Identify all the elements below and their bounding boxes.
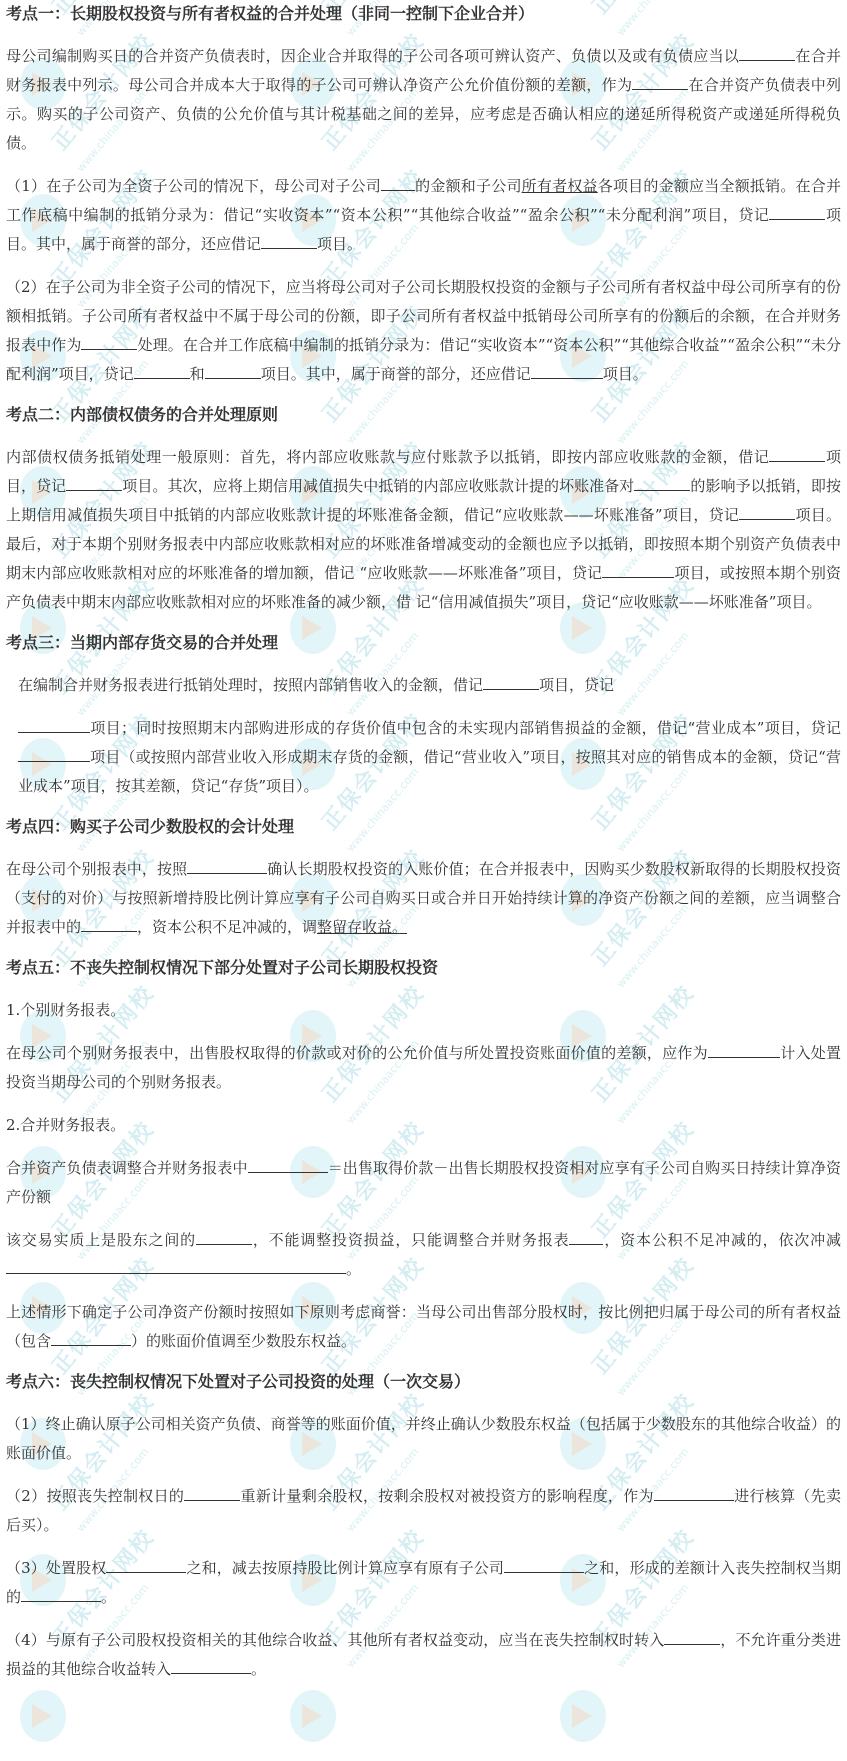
fill-in-blank: [531, 363, 603, 379]
paragraph: 在母公司个别财务报表中，出售股权取得的价款或对价的公允价值与所处置投资账面价值的…: [6, 1039, 841, 1097]
paragraph: （2）按照丧失控制权日的重新计量剩余股权，按剩余股权对被投资方的影响程度，作为进…: [6, 1482, 841, 1540]
fill-in-blank: [81, 916, 137, 932]
fill-in-blank: [66, 475, 122, 491]
fill-in-blank: [739, 45, 795, 61]
fill-in-blank: [708, 1042, 780, 1058]
text-run: 母公司编制购买日的合并资产负债表时，因企业合并取得的子公司各项可辨认资产、负债以…: [6, 47, 739, 65]
paragraph: （4）与原有子公司股权投资相关的其他综合收益、其他所有者权益变动，应当在丧失控制…: [6, 1626, 841, 1684]
text-run: （4）与原有子公司股权投资相关的其他综合收益、其他所有者权益变动，应当在丧失控制…: [6, 1631, 664, 1649]
paragraph: 母公司编制购买日的合并资产负债表时，因企业合并取得的子公司各项可辨认资产、负债以…: [6, 42, 841, 158]
watermark-logo-icon: [290, 1690, 336, 1742]
text-run: 项目。其次，应将上期信用减值损失中抵销的内部应收账款计提的坏账准备对: [122, 477, 634, 495]
paragraph: 上述情形下确定子公司净资产份额时按照如下原则考虑商誉：当母公司出售部分股权时，按…: [6, 1298, 841, 1356]
section-heading: 考点二：内部债权债务的合并处理原则: [6, 403, 841, 427]
fill-in-blank: [769, 204, 825, 220]
section-3: 考点三：当期内部存货交易的合并处理在编制合并财务报表进行抵销处理时，按照内部销售…: [6, 631, 841, 801]
text-run: 项目。: [603, 365, 648, 383]
paragraph: 在母公司个别报表中，按照确认长期股权投资的入账价值；在合并报表中，因购买少数股权…: [6, 855, 841, 942]
paragraph: 在编制合并财务报表进行抵销处理时，按照内部销售收入的金额，借记项目，贷记: [6, 671, 841, 700]
watermark-logo-icon: [560, 1690, 606, 1742]
text-run: （3）处置股权: [6, 1559, 106, 1577]
fill-in-blank: [187, 858, 267, 874]
text-run: 项目（或按照内部营业收入形成期末存货的金额，借记“营业收入”项目，按照其对应的销…: [18, 748, 841, 795]
fill-in-blank: [769, 446, 825, 462]
section-heading: 考点五：不丧失控制权情况下部分处置对子公司长期股权投资: [6, 956, 841, 980]
paragraph: （1）在子公司为全资子公司的情况下，母公司对子公司的金额和子公司所有者权益各项目…: [6, 172, 841, 259]
fill-in-blank: [654, 1485, 734, 1501]
watermark-logo-icon: [20, 1690, 66, 1742]
paragraph: （3）处置股权之和，减去按原持股比例计算应享有原有子公司之和，形成的差额计入丧失…: [6, 1554, 841, 1612]
text-run: ，不能调整投资损益，只能调整合并财务报表: [252, 1231, 569, 1249]
paragraph: 内部债权债务抵销处理一般原则：首先，将内部应收账款与应付账款予以抵销，即按内部应…: [6, 443, 841, 617]
text-run: 在编制合并财务报表进行抵销处理时，按照内部销售收入的金额，借记: [18, 676, 483, 694]
fill-in-blank: [18, 746, 90, 762]
text-run: 该交易实质上是股东之间的: [6, 1231, 196, 1249]
paragraph: 1.个别财务报表。: [6, 996, 841, 1025]
text-run: 合并资产负债表调整合并财务报表中: [6, 1159, 248, 1177]
text-run: 项目。其中，属于商誉的部分，还应借记: [261, 365, 531, 383]
text-run: 2.合并财务报表。: [6, 1116, 125, 1134]
text-run: 项目；同时按照期末内部购进形成的存货价值中包含的未实现内部销售损益的金额，借记“…: [90, 719, 841, 737]
text-run: ，资本公积不足冲减的，依次冲减: [603, 1231, 841, 1249]
fill-in-blank: [106, 1557, 186, 1573]
fill-in-blank: [248, 1157, 328, 1173]
text-run: 。: [251, 1660, 266, 1678]
text-run: 项目，贷记: [539, 676, 614, 694]
text-run: ）的账面价值调至少数股东权益。: [131, 1332, 356, 1350]
fill-in-blank: [184, 1485, 240, 1501]
fill-in-blank: [634, 475, 690, 491]
document-body: 考点一：长期股权投资与所有者权益的合并处理（非同一控制下企业合并）母公司编制购买…: [0, 0, 847, 1684]
section-heading: 考点四：购买子公司少数股权的会计处理: [6, 815, 841, 839]
text-run: （2）按照丧失控制权日的: [6, 1487, 184, 1505]
text-run: 1.个别财务报表。: [6, 1001, 125, 1019]
fill-in-blank: [51, 1330, 131, 1346]
fill-in-blank: [205, 363, 261, 379]
section-heading: 考点三：当期内部存货交易的合并处理: [6, 631, 841, 655]
text-run: 项目。: [317, 235, 362, 253]
text-run: 在母公司个别报表中，按照: [6, 860, 187, 878]
fill-in-blank: [632, 74, 688, 90]
text-run: 在母公司个别财务报表中，出售股权取得的价款或对价的公允价值与所处置投资账面价值的…: [6, 1044, 708, 1062]
text-run: 重新计量剩余股权，按剩余股权对被投资方的影响程度，作为: [240, 1487, 654, 1505]
text-run: ，资本公积不足冲减的，调: [137, 918, 317, 936]
text-run: （1）终止确认原子公司相关资产负债、商誉等的账面价值，并终止确认少数股东权益（包…: [6, 1415, 841, 1462]
text-run: 和: [190, 365, 205, 383]
fill-in-blank: [504, 1557, 584, 1573]
fill-in-blank: [18, 717, 90, 733]
section-5: 考点五：不丧失控制权情况下部分处置对子公司长期股权投资1.个别财务报表。在母公司…: [6, 956, 841, 1356]
section-2: 考点二：内部债权债务的合并处理原则内部债权债务抵销处理一般原则：首先，将内部应收…: [6, 403, 841, 617]
text-run: 的金额和子公司: [415, 177, 522, 195]
section-6: 考点六：丧失控制权情况下处置对子公司投资的处理（一次交易）（1）终止确认原子公司…: [6, 1370, 841, 1684]
text-run: 内部债权债务抵销处理一般原则：首先，将内部应收账款与应付账款予以抵销，即按内部应…: [6, 448, 769, 466]
section-4: 考点四：购买子公司少数股权的会计处理在母公司个别报表中，按照确认长期股权投资的入…: [6, 815, 841, 942]
text-run: 。: [101, 1588, 116, 1606]
paragraph: （2）在子公司为非全资子公司的情况下，应当将母公司对子公司长期股权投资的金额与子…: [6, 273, 841, 389]
underlined-text: 所有者权益: [522, 177, 598, 195]
fill-in-blank: [381, 175, 415, 191]
fill-in-blank: [569, 1229, 603, 1245]
section-heading: 考点六：丧失控制权情况下处置对子公司投资的处理（一次交易）: [6, 1370, 841, 1394]
text-run: 。: [346, 1260, 361, 1278]
fill-in-blank: [664, 1629, 720, 1645]
fill-in-blank: [81, 334, 137, 350]
paragraph: 项目；同时按照期末内部购进形成的存货价值中包含的未实现内部销售损益的金额，借记“…: [6, 714, 841, 801]
fill-in-blank: [483, 674, 539, 690]
fill-in-blank: [602, 562, 674, 578]
text-run: 之和，减去按原持股比例计算应享有原有子公司: [186, 1559, 504, 1577]
section-heading: 考点一：长期股权投资与所有者权益的合并处理（非同一控制下企业合并）: [6, 2, 841, 26]
underlined-text: 整留存收益。: [317, 918, 407, 936]
fill-in-blank: [21, 1586, 101, 1602]
fill-in-blank: [739, 504, 795, 520]
fill-in-blank: [171, 1658, 251, 1674]
fill-in-blank: [196, 1229, 252, 1245]
paragraph: （1）终止确认原子公司相关资产负债、商誉等的账面价值，并终止确认少数股东权益（包…: [6, 1410, 841, 1468]
fill-in-blank: [134, 363, 190, 379]
paragraph: 该交易实质上是股东之间的，不能调整投资损益，只能调整合并财务报表，资本公积不足冲…: [6, 1226, 841, 1284]
paragraph: 2.合并财务报表。: [6, 1111, 841, 1140]
fill-in-blank: [261, 233, 317, 249]
fill-in-blank: [6, 1258, 346, 1274]
paragraph: 合并资产负债表调整合并财务报表中＝出售取得价款－出售长期股权投资相对应享有子公司…: [6, 1154, 841, 1212]
section-1: 考点一：长期股权投资与所有者权益的合并处理（非同一控制下企业合并）母公司编制购买…: [6, 2, 841, 389]
text-run: （1）在子公司为全资子公司的情况下，母公司对子公司: [6, 177, 381, 195]
